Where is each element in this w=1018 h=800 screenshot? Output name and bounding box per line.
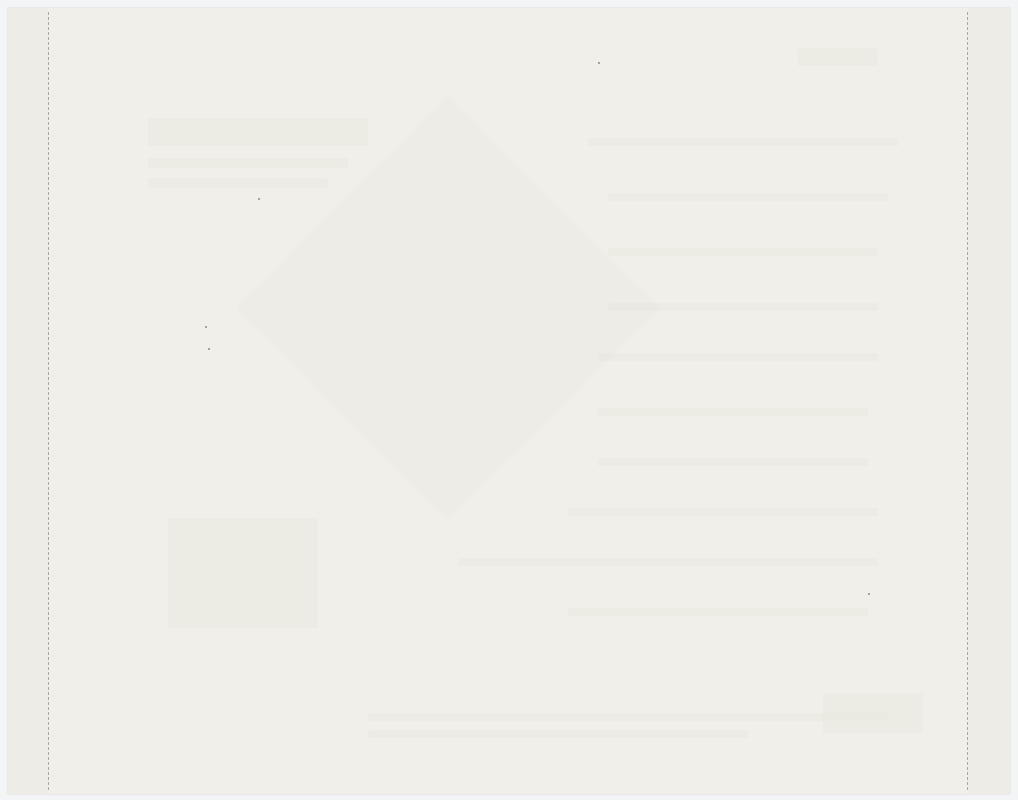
dust-speck	[205, 326, 207, 328]
show-through-line	[598, 408, 868, 416]
show-through-line	[568, 508, 878, 516]
show-through-line	[598, 353, 878, 361]
dust-speck	[258, 198, 260, 200]
left-spine-panel	[8, 8, 48, 794]
show-through-footer	[368, 730, 748, 738]
show-through-line	[148, 158, 348, 168]
dust-speck	[868, 593, 870, 595]
show-through-line	[608, 193, 888, 201]
right-fold-perforation	[967, 12, 968, 790]
show-through-line	[598, 458, 868, 466]
show-through-title	[148, 118, 368, 146]
show-through-line	[608, 248, 878, 256]
show-through-barcode	[168, 518, 318, 628]
show-through-line	[148, 178, 328, 188]
show-through-logo	[798, 48, 878, 66]
paper-insert	[8, 8, 1010, 794]
dust-speck	[598, 62, 600, 64]
show-through-line	[588, 138, 898, 146]
dust-speck	[208, 348, 210, 350]
left-fold-perforation	[48, 12, 49, 790]
right-spine-panel	[968, 8, 1010, 794]
show-through-line	[458, 558, 878, 566]
show-through-line	[568, 608, 868, 616]
show-through-footer	[368, 713, 888, 721]
